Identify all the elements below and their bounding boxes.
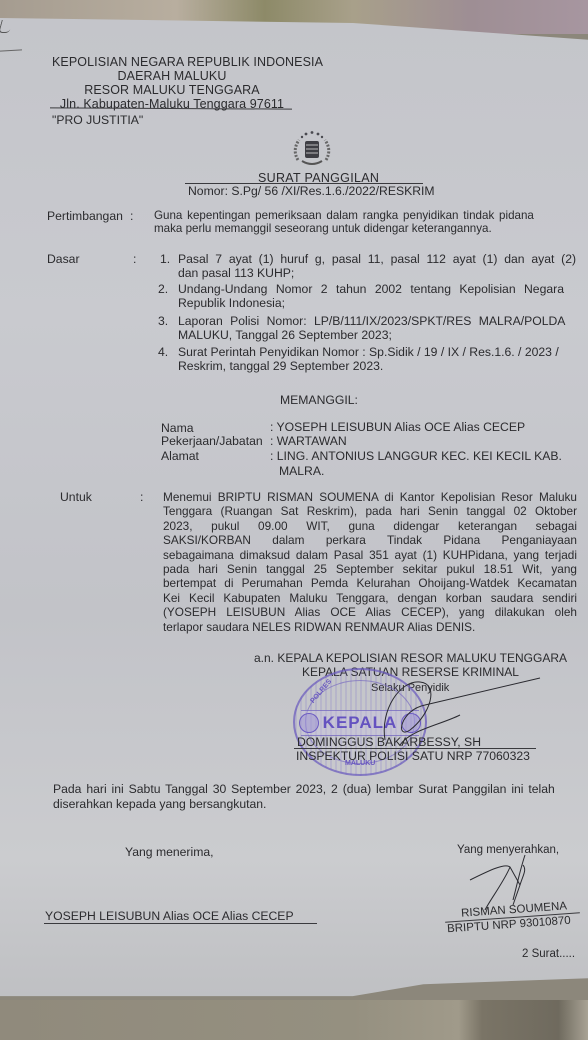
untuk-line: terlapor saudara NELES RIDWAN RENMAUR Al… [163,620,577,634]
untuk-line: SAKSI/KORBAN dalam perkara Tindak Pidana… [163,533,577,547]
letterhead-line2: DAERAH MALUKU [52,69,292,83]
letterhead-line1: KEPOLISIAN NEGARA REPUBLIK INDONESIA [52,55,292,69]
pertimbangan-text-2: maka perlu memanggil seseorang untuk did… [154,222,492,236]
untuk-label: Untuk [60,490,92,504]
dasar-item-1-line2: dan pasal 113 KUHP; [178,266,294,280]
field-value-pekerjaan: : WARTAWAN [270,434,347,448]
receiver-label: Yang menerima, [125,845,214,859]
receiver-name: YOSEPH LEISUBUN Alias OCE Alias CECEP [45,909,294,923]
signatory-rank: INSPEKTUR POLISI SATU NRP 77060323 [296,749,530,763]
dasar-item-2-num: 2. [158,282,168,296]
police-crest-icon [290,130,334,170]
stamp-badge-left-icon [299,713,319,733]
untuk-body: Menemui BRIPTU RISMAN SOUMENA di Kantor … [163,490,577,634]
untuk-line: sebagaimana dimaksud dalam Pasal 351 aya… [163,548,577,562]
dasar-item-3-line1: Laporan Polisi Nomor: LP/B/111/IX/2023/S… [178,314,565,328]
memanggil-heading: MEMANGGIL: [280,393,358,407]
untuk-line: Menemui BRIPTU RISMAN SOUMENA di Kantor … [163,490,577,504]
page-continuation: 2 Surat..... [522,947,575,961]
field-value-alamat: : LING. ANTONIUS LANGGUR KEC. KEI KECIL … [270,449,562,463]
pertimbangan-colon: : [130,209,133,223]
dasar-colon: : [133,252,136,266]
dasar-item-4-line1: Surat Perintah Penyidikan Nomor : Sp.Sid… [178,345,559,359]
dasar-item-2-line1: Undang-Undang Nomor 2 tahun 2002 tentang… [178,282,564,296]
untuk-line: (YOSEPH LEISUBUN Alias OCE Alias CECEP),… [163,605,577,619]
untuk-colon: : [140,490,143,504]
field-value-nama: : YOSEPH LEISUBUN Alias OCE Alias CECEP [270,420,525,434]
dasar-item-4-line2: Reskrim, tanggal 29 September 2023. [178,359,383,373]
dasar-item-3-line2: MALUKU, Tanggal 26 September 2023; [178,328,392,342]
untuk-line: 2023, pukul 09.00 WIT, guna didengar ket… [163,519,577,533]
field-label-alamat: Alamat [161,449,199,463]
dasar-label: Dasar [47,252,80,266]
background-table-bottom [0,1000,588,1040]
dasar-item-1-num: 1. [160,252,170,266]
untuk-line: pada hari Senin tanggal 25 September sek… [163,562,577,576]
letterhead-line3: RESOR MALUKU TENGGARA [52,83,292,97]
dasar-item-3-num: 3. [158,314,168,328]
dasar-item-4-num: 4. [158,345,168,359]
field-value-alamat-cont: MALRA. [279,464,324,478]
pertimbangan-label: Pertimbangan [47,209,123,223]
field-label-nama: Nama [161,421,194,435]
dasar-item-1-line1: Pasal 7 ayat (1) huruf g, pasal 11, pasa… [178,252,576,266]
pertimbangan-text-1: Guna kepentingan pemeriksaan dalam rangk… [154,209,534,223]
signature-line1: a.n. KEPALA KEPOLISIAN RESOR MALUKU TENG… [254,651,567,665]
dasar-item-2-line2: Republik Indonesia; [178,296,285,310]
field-label-pekerjaan: Pekerjaan/Jabatan [161,434,263,448]
untuk-line: Tenggara (Ruangan Sat Reskrim), pada har… [163,504,577,518]
untuk-line: bertempat di Perumahan Pemda Kelurahan O… [163,576,577,590]
pro-justitia: "PRO JUSTITIA" [52,113,143,127]
signatory-name: DOMINGGUS BAKARBESSY, SH [297,735,481,749]
receiver-underline [44,923,317,924]
document-number: Nomor: S.Pg/ 56 /XI/Res.1.6./2022/RESKRI… [188,184,435,198]
handover-line2: diserahkan kepada yang bersangkutan. [53,797,266,811]
untuk-line: Kei Kecil Kabupaten Maluku Tenggara, den… [163,591,577,605]
handover-line1: Pada hari ini Sabtu Tanggal 30 September… [53,782,555,796]
